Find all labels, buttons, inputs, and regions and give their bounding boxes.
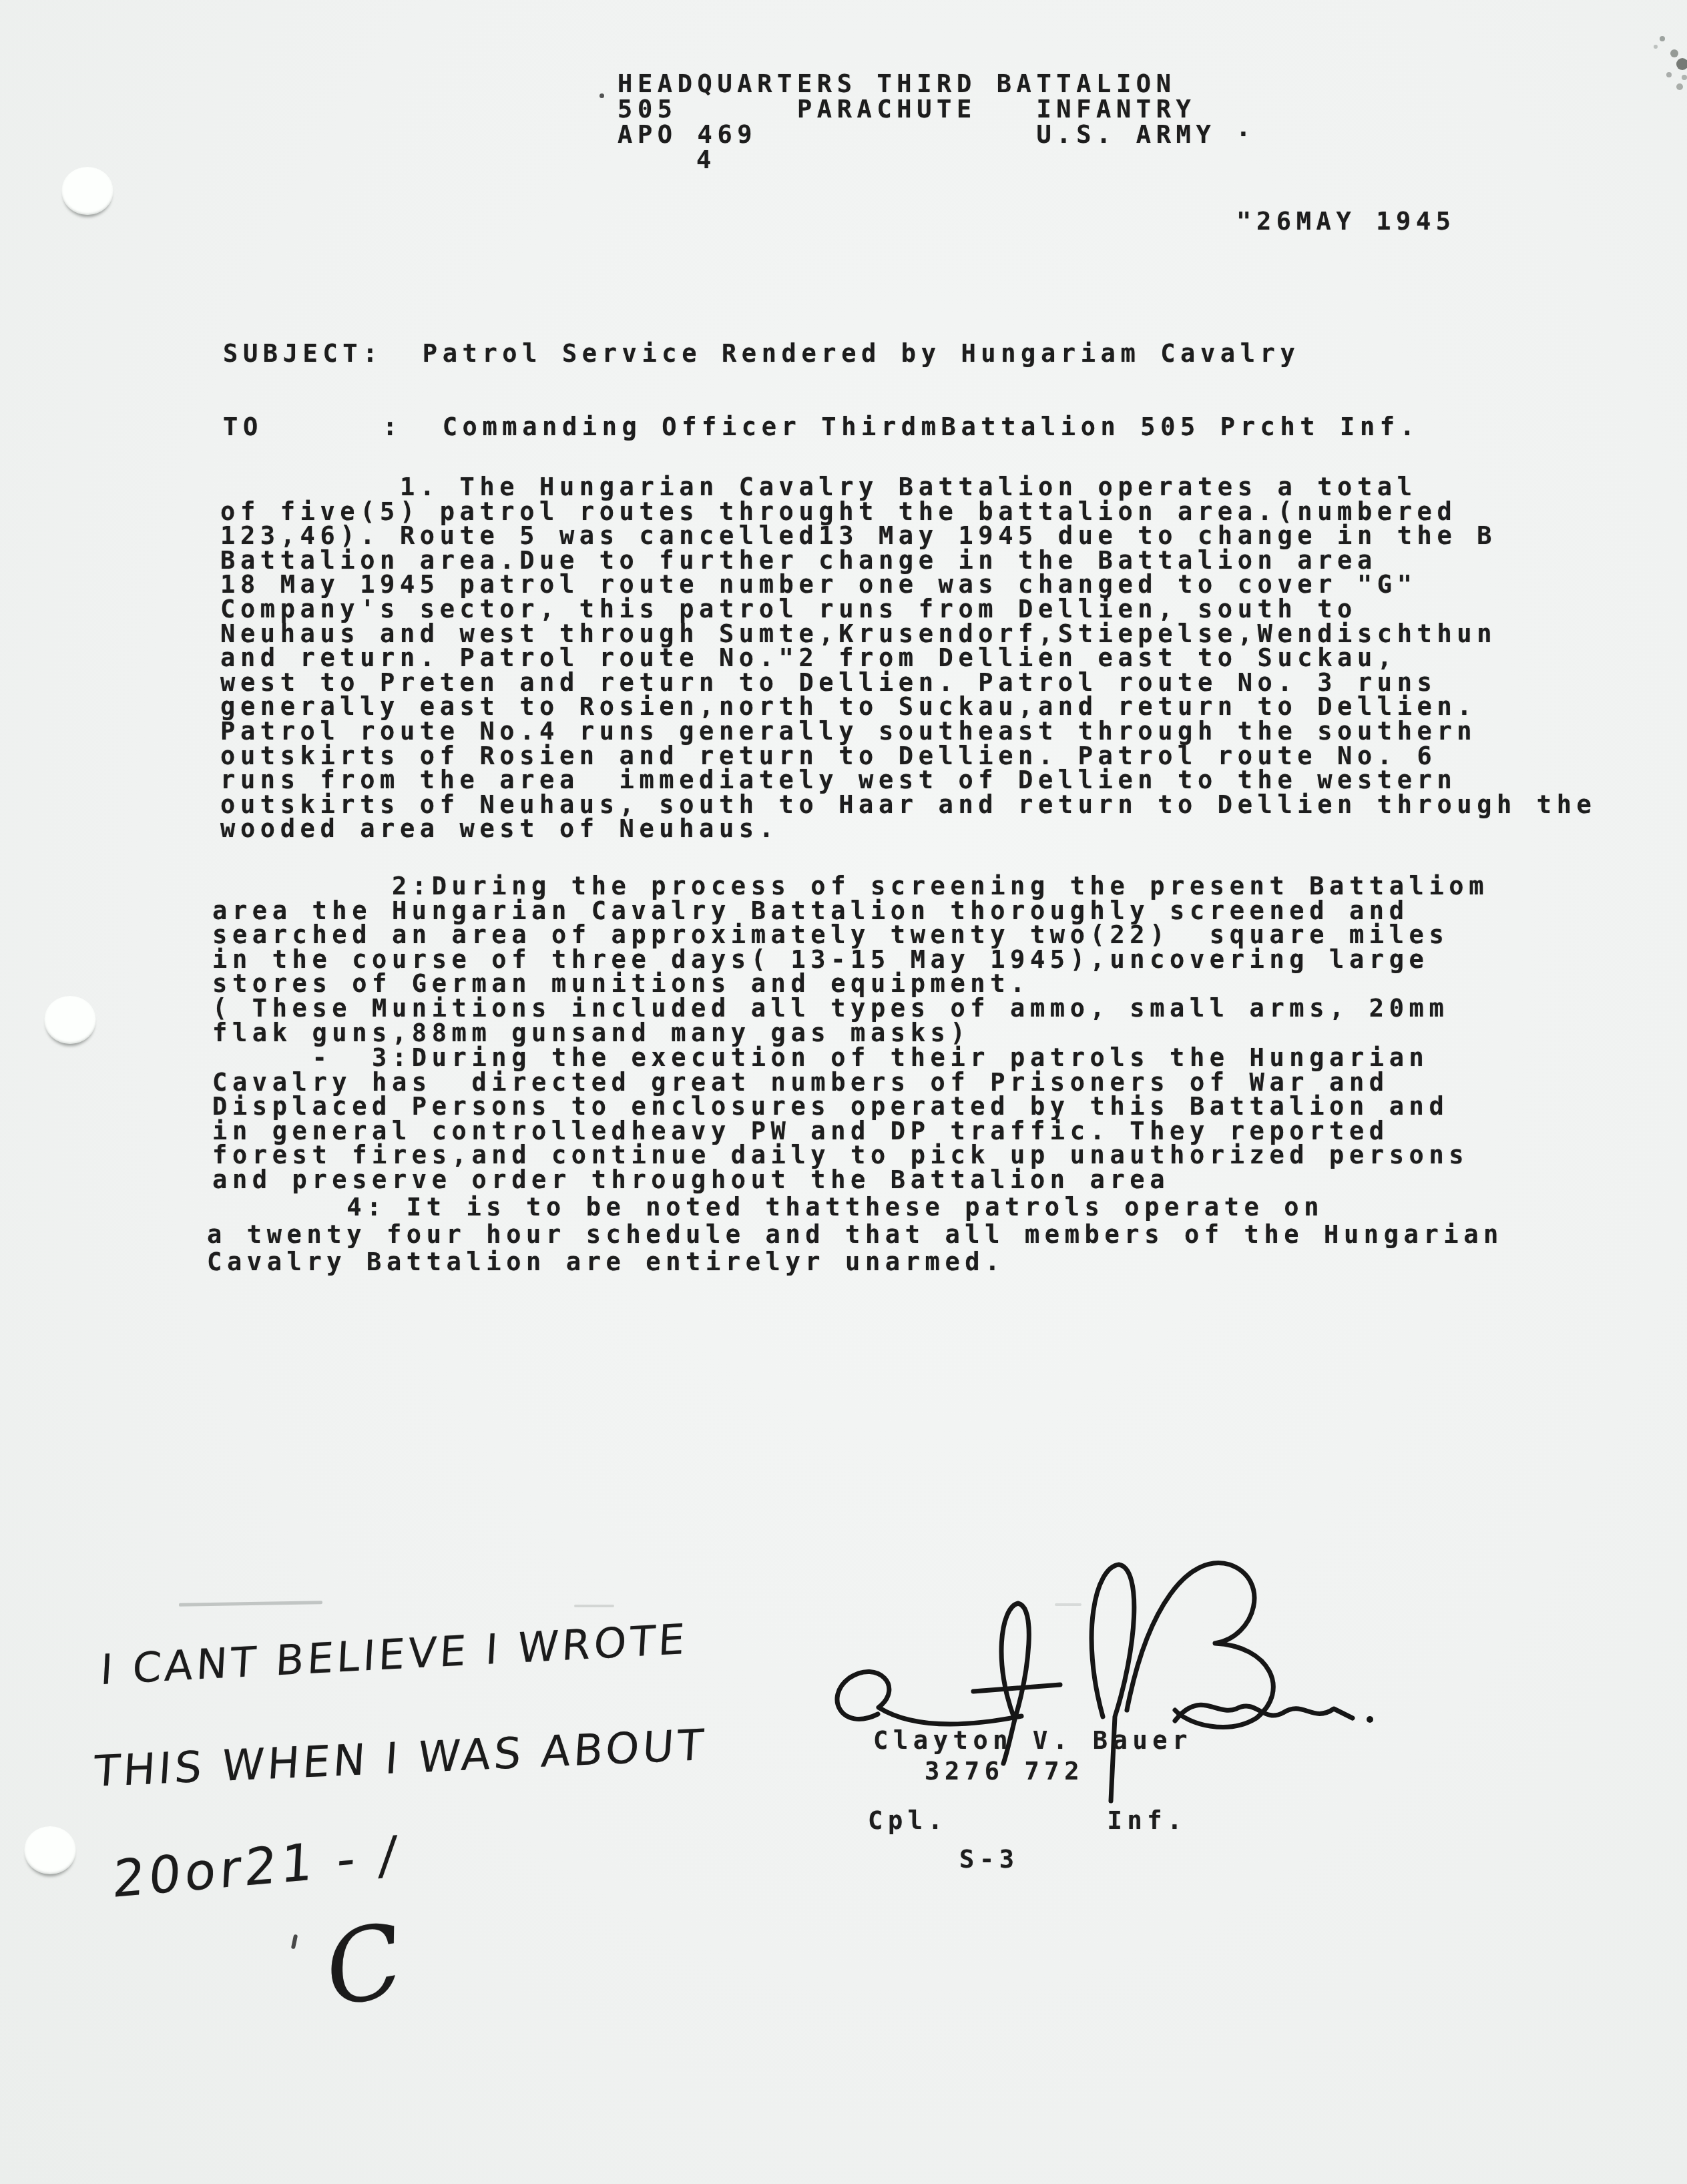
stray-mark [291,1934,298,1950]
signature [814,1529,1389,1836]
punch-hole-middle [44,996,96,1044]
scan-smudge [1622,20,1687,120]
handwriting-note-line-3: 20or21 - / [111,1824,402,1909]
header-line-1: HEADQUARTERS THIRD BATTALION [618,72,1176,97]
signature-serial: 3276 772 [925,1759,1084,1784]
to-line: TO : Commanding Officer ThirdmBattalion … [223,415,1420,440]
punch-hole-bottom [24,1826,76,1874]
paragraph-4: 4: It is to be noted thatthese patrols o… [207,1193,1503,1276]
smudge-dash [179,1601,322,1607]
smudge-dash [574,1605,614,1607]
signature-position: S-3 [959,1848,1019,1872]
header-line-3: APO 469 U.S. ARMY · [618,123,1256,148]
stray-mark [599,93,604,98]
signature-rank-branch: Cpl. Inf. [868,1809,1187,1834]
punch-hole-top [61,167,113,215]
paragraph-3: - 3:During the execution of their patrol… [212,1046,1469,1193]
memo-page: HEADQUARTERS THIRD BATTALION 505 PARACHU… [0,0,1687,2184]
header-correction-character: 4 [696,148,716,173]
paragraph-1: 1. The Hungarian Cavalry Battalion opera… [220,475,1596,842]
handwriting-note-line-2: THIS WHEN I WAS ABOUT [92,1721,708,1797]
subject-line: SUBJECT: Patrol Service Rendered by Hung… [223,342,1300,366]
header-line-2: 505 PARACHUTE INFANTRY [618,97,1196,122]
handwriting-initial: C [316,1902,412,2029]
date-line: "26MAY 1945 [1236,210,1456,234]
paragraph-2: 2:During the process of screening the pr… [212,874,1489,1045]
handwriting-note-line-1: I CANT BELIEVE I WROTE [99,1615,690,1694]
signature-name: Clayton V. Bauer [873,1729,1192,1753]
